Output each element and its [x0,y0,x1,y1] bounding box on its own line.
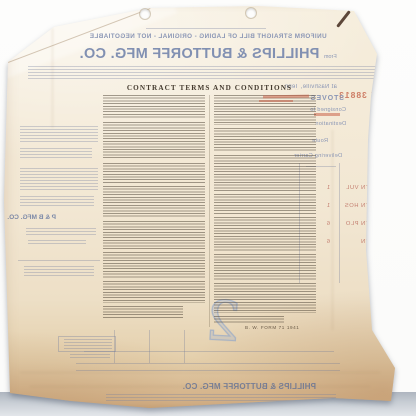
bleed-weights-box [58,336,116,352]
bleed-serial-number: ( 38813 [338,90,374,100]
bleed-consigned-label: Consigned to [310,107,346,113]
bleed-route-label: Route [312,138,328,144]
bleed-note-paragraph [20,168,98,192]
bleed-weights-caption [70,354,110,358]
bleed-note-paragraph [20,126,98,144]
bleed-item-row: CTN HOS [344,194,374,212]
terms-paragraph [103,163,205,183]
terms-title: CONTRACT TERMS AND CONDITIONS [103,84,316,92]
bleed-commodity-stamp: STOVES [310,95,344,102]
terms-paragraph [214,217,316,251]
bleed-from-label: From [324,54,337,60]
terms-paragraph [214,128,316,152]
terms-paragraph [214,283,316,313]
bleed-note-paragraph [28,240,86,245]
bleed-item-qty: 1 [327,203,330,209]
terms-paragraph [103,306,183,318]
bleed-note-paragraph [26,228,96,235]
bleed-item-qty: 1 [327,185,330,191]
bleed-table-header [306,166,336,168]
bleed-table-rule-1 [339,163,340,283]
bleed-footer-fine-print [106,394,336,401]
punch-hole-left [140,9,150,19]
form-number-note: B. W. FORM 71 1941 [245,325,299,330]
bill-of-lading-back-page: UNIFORM STRAIGHT BILL OF LADING - ORIGIN… [0,0,416,416]
bottom-wrinkle [20,372,380,373]
bleed-bottom-grid-rule [114,330,115,363]
bleed-item-row: CTN PLO [345,212,374,230]
terms-paragraph [214,95,316,125]
bleed-item-row: CTN [361,230,374,248]
bleed-shipper-stamp: P & B MFG. CO. [7,214,56,221]
bleed-received-at: at Nashville, Tenn. [282,84,337,90]
terms-paragraph [103,281,205,303]
terms-paragraph [103,186,205,218]
bleed-destination-label: Destination [315,121,346,127]
vertical-crease [52,28,53,128]
bleed-item-row: CTN VUL [346,176,374,194]
bleed-bottom-rule-2 [76,363,340,364]
terms-paragraph [103,221,205,249]
bleed-bottom-rule-3 [76,370,340,371]
bleed-top-tiny-line [146,28,266,30]
terms-paragraph [103,122,205,160]
bleed-footer-company: PHILLIPS & BUTTORFF MFG. CO. [183,382,316,391]
red-overprint-stamp [263,95,309,98]
punch-hole-right [246,8,256,18]
terms-paragraph [214,254,316,280]
terms-paragraph [103,95,205,119]
bleed-note-paragraph [24,266,94,276]
terms-paragraph [214,155,316,191]
bleed-signature-rule [18,260,100,261]
bleed-red-date-stamp [314,113,340,116]
bleed-note-paragraph [20,196,94,206]
bottom-wrinkle-2 [30,386,370,387]
scanned-document: UNIFORM STRAIGHT BILL OF LADING - ORIGIN… [0,0,416,416]
bleed-item-qty: 6 [327,239,330,245]
bleed-note-paragraph [20,148,92,160]
column-divider [209,95,210,327]
bleed-company-name: PHILLIPS & BUTTORFF MFG. CO. [79,46,319,62]
terms-paragraph [103,252,205,278]
bleed-carrier-label: Delivering Carrier [294,153,342,159]
bleed-page-number-stamp: 2 [204,289,242,354]
folded-corner-highlight [0,0,177,79]
red-overprint-stamp [259,100,293,103]
vertical-crease-right [332,130,333,330]
terms-paragraph [214,194,316,214]
bleed-received-paragraph [28,66,388,81]
bleed-bottom-grid-rule [149,330,150,363]
bleed-bottom-rule-1 [84,351,334,352]
front-side-bleed-through-layer: UNIFORM STRAIGHT BILL OF LADING - ORIGIN… [0,0,416,416]
bleed-table-rule-2 [299,163,300,283]
terms-paragraph [214,316,284,323]
corner-crease [8,8,150,63]
bleed-item-qty: 6 [327,221,330,227]
bleed-bottom-grid-rule [184,330,185,363]
bleed-uniform-bol-line: UNIFORM STRAIGHT BILL OF LADING - ORIGIN… [0,33,416,40]
